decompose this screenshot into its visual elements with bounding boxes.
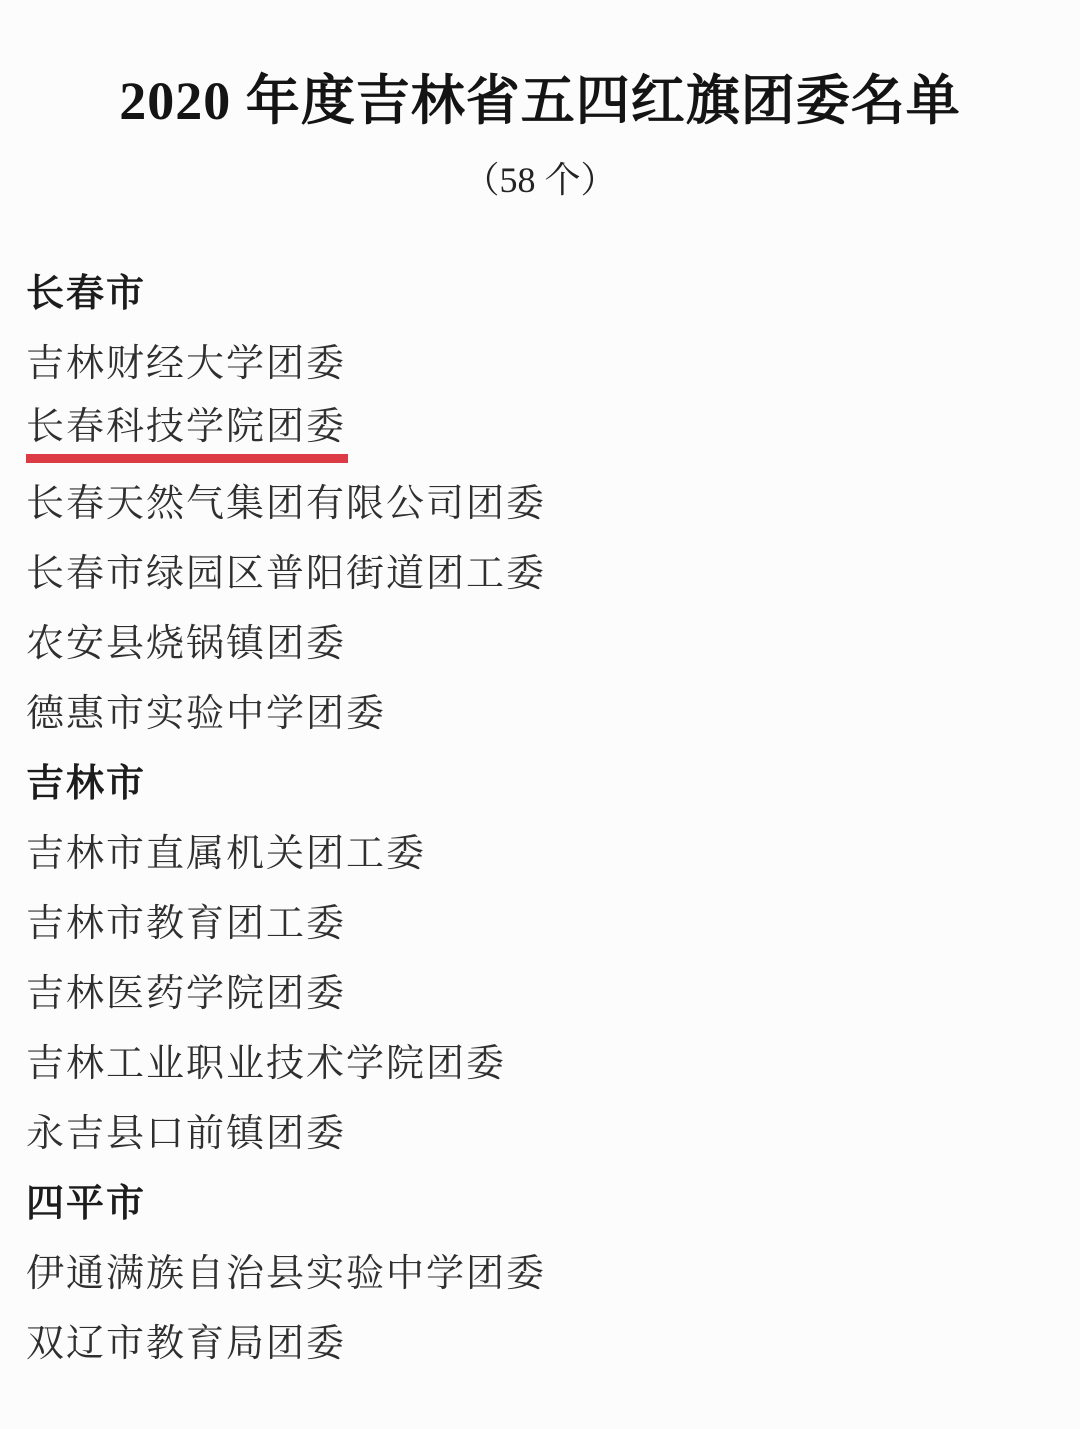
list-item: 长春天然气集团有限公司团委 — [26, 464, 1054, 534]
section-heading-siping: 四平市 — [26, 1164, 1054, 1234]
committee-name: 伊通满族自治县实验中学团委 — [26, 1242, 546, 1297]
committee-name: 吉林医药学院团委 — [26, 962, 346, 1017]
list-item-highlighted: 长春科技学院团委 — [26, 394, 1054, 464]
list-item: 吉林财经大学团委 — [26, 324, 1054, 394]
list-item: 农安县烧锅镇团委 — [26, 604, 1054, 674]
page-subtitle-count: （58 个） — [26, 156, 1054, 204]
committee-name: 吉林市教育团工委 — [26, 892, 346, 947]
list-item: 吉林工业职业技术学院团委 — [26, 1024, 1054, 1094]
page-title: 2020 年度吉林省五四红旗团委名单 — [26, 70, 1054, 132]
award-list: 长春市 吉林财经大学团委 长春科技学院团委 长春天然气集团有限公司团委 长春市绿… — [26, 254, 1054, 1374]
committee-name: 吉林财经大学团委 — [26, 332, 346, 387]
document-page: 2020 年度吉林省五四红旗团委名单 （58 个） 长春市 吉林财经大学团委 长… — [0, 0, 1080, 1429]
committee-name: 农安县烧锅镇团委 — [26, 612, 346, 667]
committee-name: 吉林工业职业技术学院团委 — [26, 1032, 506, 1087]
committee-name: 德惠市实验中学团委 — [26, 682, 386, 737]
list-item: 双辽市教育局团委 — [26, 1304, 1054, 1374]
committee-name-red-underlined: 长春科技学院团委 — [26, 395, 348, 463]
committee-name: 吉林市直属机关团工委 — [26, 822, 426, 877]
list-item: 德惠市实验中学团委 — [26, 674, 1054, 744]
committee-name: 永吉县口前镇团委 — [26, 1102, 346, 1157]
city-heading-label: 四平市 — [26, 1172, 146, 1227]
list-item: 吉林医药学院团委 — [26, 954, 1054, 1024]
list-item: 吉林市教育团工委 — [26, 884, 1054, 954]
list-item: 吉林市直属机关团工委 — [26, 814, 1054, 884]
section-heading-changchun: 长春市 — [26, 254, 1054, 324]
list-item: 长春市绿园区普阳街道团工委 — [26, 534, 1054, 604]
committee-name: 长春天然气集团有限公司团委 — [26, 472, 546, 527]
list-item: 伊通满族自治县实验中学团委 — [26, 1234, 1054, 1304]
committee-name: 双辽市教育局团委 — [26, 1312, 346, 1367]
city-heading-label: 长春市 — [26, 262, 146, 317]
city-heading-label: 吉林市 — [26, 752, 146, 807]
list-item: 永吉县口前镇团委 — [26, 1094, 1054, 1164]
section-heading-jilin: 吉林市 — [26, 744, 1054, 814]
committee-name: 长春市绿园区普阳街道团工委 — [26, 542, 546, 597]
